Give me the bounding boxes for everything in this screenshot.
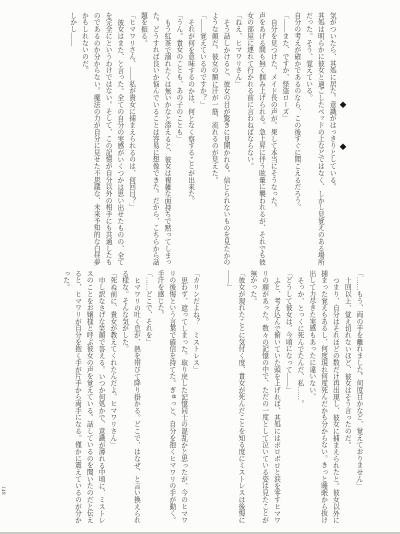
paragraph: 「カリンだよね？ ミストレス」 (189, 270, 201, 528)
paragraph: 其処は明らかに彼女と過ごしたベッドの上などではなく、しかし見覚えのある場所だった… (302, 12, 326, 268)
paragraph: 申し訳なさげな笑顔で答える。いつか何処かで、意識が薄れる中頃に、ミストレスのこと… (59, 270, 106, 528)
diamond-icon: ◆ (339, 142, 349, 152)
paragraph: しかし―― (66, 12, 78, 268)
upper-text-block: ◆ ◆ 気がついたら、其処に居た。意識がはっきりとしている。其処は明らかに彼女と… (66, 12, 350, 268)
paragraph: ふと、考え込んで俯いていた頭を上げれば、其処にはボロボロと涙を零すヒマワリの顔が… (246, 270, 281, 528)
paragraph: 「どうして彼女は、今頃になって――」 (281, 270, 293, 528)
paragraph: 「――また、ですか、怪盗ローズ」 (278, 12, 290, 268)
paragraph: 思わず、遮ってしまった。取り戻した記憶同士の混乱かと思ったが、今のヒマワリの後悔… (153, 270, 188, 528)
paragraph: 「死ぬ前に、貴女が教えてくれたんだよ。ヒマワリさん」 (106, 270, 118, 528)
paragraph: 「……どこで、それを」 (141, 270, 153, 528)
paragraph: そう話しかけると、彼女の目が驚きに見開かれる。信じられないものを見たかのような顔… (207, 12, 231, 268)
paragraph: 「彼女が現れたことに気付く度、貴女が死んだことを知る度にミストレスは後悔に――」 (222, 270, 246, 528)
paragraph: それが何を意味するのかは、何となく察することが出来た。 (184, 12, 196, 268)
paragraph: もう紅茶で溺れたくは無いかなと添えると、彼女は複雑な面持ちで黙ってしまった。どう… (137, 12, 172, 268)
lower-text-block: 「……もう、両の手を離れました。何度目かなど、覚えておりません」十回以上、覚え切… (59, 270, 364, 528)
paragraph: 「ねえ、ヒマワリさん」 (231, 12, 243, 268)
paragraph: 気がついたら、其処に居た。意識がはっきりとしている。 (325, 12, 337, 268)
paragraph: 「……もう、両の手を離れました。何度目かなど、覚えておりません」 (352, 270, 364, 528)
paragraph: そっか、とっくに死んでたんだ、私……。 (293, 270, 305, 528)
book-page: ◆ ◆ 気がついたら、其処に居た。意識がはっきりとしている。其処は明らかに彼女と… (0, 0, 400, 534)
paragraph: つまり、自分はそれほどの数だけ再出現し、彼女に捕まえられたと。彼女以外に捕まった… (305, 270, 340, 528)
paragraph: 「うん。貴女のことも、あの子のことも」 (172, 12, 184, 268)
paragraph: 十回以上、覚え切れないほど、彼女はそう言ったのだ。 (340, 270, 352, 528)
page-number: 148 (0, 486, 5, 495)
paragraph: 声をあげる間も無く掴み上げられる。急上昇に伴う眩暈に襲われるが、それでも彼女の部… (243, 12, 267, 268)
paragraph: 彼女はまた、と言った。全ての自分の実感がいくつかは思い出せたものの、全てを完全に… (78, 12, 125, 268)
paragraph: 自分の考えが確かであるのなら、この後すぐに聞こえるだろう。 (290, 12, 302, 268)
paragraph: 「ヒマワリさん、――私が貴女に捕まえられるのは、何回目？」 (125, 12, 137, 268)
paragraph: 「――覚えているのですか？」 (196, 12, 208, 268)
paragraph: ヒマワリの吐く息が、熱を帯びて降り掛かる。どこで、はなぜ、と言い換えられる様な。… (118, 270, 142, 528)
section-break: ◆ ◆ (337, 12, 350, 268)
diamond-icon: ◆ (339, 100, 349, 110)
paragraph: 自分を見つけた、メイド長の声が。果して本当にそうなった。 (266, 12, 278, 268)
